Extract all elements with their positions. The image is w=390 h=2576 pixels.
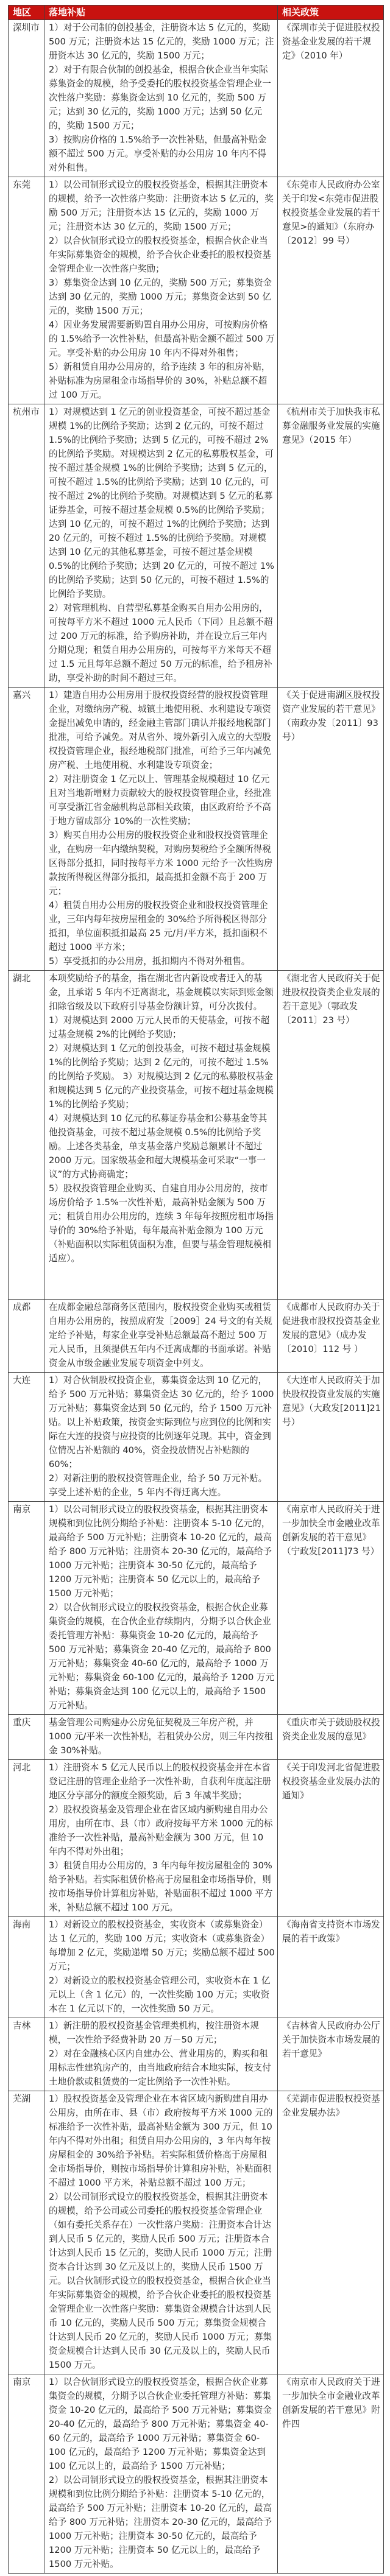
table-body: 深圳市 1）对于公司制的创投基金，注册资本达 5 亿元的，奖励 500 万元；注…	[9, 20, 384, 2574]
region-cell: 吉林	[9, 2018, 44, 2091]
region-cell: 芜湖	[9, 2091, 44, 2374]
region-cell: 河北	[9, 1760, 44, 1917]
region-cell: 东莞	[9, 177, 44, 404]
region-cell: 成都	[9, 1300, 44, 1373]
subsidy-cell: 1）对于公司制的创投基金，注册资本达 5 亿元的，奖励 500 万元；注册资本达…	[44, 20, 278, 177]
subsidy-cell: 基金管理公司购建办公房免征契税及三年房产税，并 1000 元/平米一次性补贴，若…	[44, 1715, 278, 1760]
table-row: 芜湖 1）股权投资基金及管理企业在本省区域内新购建自用办公用房，由所在市、县（市…	[9, 2091, 384, 2374]
policy-cell: 《南京市人民政府关于进一步加快全市金融业改革创新发展的若干意见》（宁政发[201…	[278, 1502, 384, 1715]
policy-cell: 《南京市人民政府关于进一步加快全市金融业改革创新发展的若干意见》附件四	[278, 2374, 384, 2574]
region-cell: 深圳市	[9, 20, 44, 177]
table-row: 重庆 基金管理公司购建办公房免征契税及三年房产税，并 1000 元/平米一次性补…	[9, 1715, 384, 1760]
table-row: 成都 在成都金融总部商务区范围内，股权投资企业购买或租赁自用办公用房的，按照成府…	[9, 1300, 384, 1373]
header-region: 地区	[9, 5, 44, 20]
table-row: 嘉兴 1）建造自用办公用房用于股权投资经营的股权投资管理企业，对缴纳房产税、城镇…	[9, 688, 384, 971]
subsidy-cell: 1）股权投资基金及管理企业在本省区域内新购建自用办公用房，由所在市、县（市）政府…	[44, 2091, 278, 2374]
policy-cell: 《湖北省人民政府关于促进股权投资类企业发展的若干意见》（鄂政发〔2011〕23 …	[278, 971, 384, 1300]
table-header-row: 地区 落地补贴 相关政策	[9, 5, 384, 20]
header-subsidy: 落地补贴	[44, 5, 278, 20]
subsidy-cell: 1）新注册的股权投资基金管理类机构，按注册资本规模，一次性给予经费补助 20 万…	[44, 2018, 278, 2091]
header-policy: 相关政策	[278, 5, 384, 20]
subsidy-cell: 1）以公司制形式设立的股权投资基金，根据其注册资本的规模，给予一次性落户奖励：注…	[44, 177, 278, 404]
table-row: 东莞 1）以公司制形式设立的股权投资基金，根据其注册资本的规模，给予一次性落户奖…	[9, 177, 384, 404]
policy-cell: 《重庆市关于鼓励股权投资类企业发展的意见》	[278, 1715, 384, 1760]
region-cell: 南京	[9, 1502, 44, 1715]
subsidy-cell: 1）以合伙制形式设立的股权投资基金，根据合伙企业募集资金的规模，分期予以合伙企业…	[44, 2374, 278, 2574]
table-row: 南京 1）以合伙制形式设立的股权投资基金，根据合伙企业募集资金的规模，分期予以合…	[9, 2374, 384, 2574]
table-row: 湖北 本项奖励给予的基金，指在湖北省内新设或者迁入的基金，且承诺 5 年内不迁离…	[9, 971, 384, 1300]
policy-cell: 《成都市人民政府办关于促进我市股权投资基金业发展的意见》（成办发〔2010〕11…	[278, 1300, 384, 1373]
subsidy-cell: 1）以公司制形式设立的股权投资基金，根据其注册资本规模和到位比例分期给予补贴：注…	[44, 1502, 278, 1715]
subsidy-cell: 1）对合伙制股权投资企业，募集资金达到 10 亿元的，给予 500 万元补贴；募…	[44, 1373, 278, 1502]
policy-cell: 《关于印发河北省促进股权投资基金业发展办法的通知》	[278, 1760, 384, 1917]
region-cell: 嘉兴	[9, 688, 44, 971]
subsidy-cell: 本项奖励给予的基金，指在湖北省内新设或者迁入的基金，且承诺 5 年内不迁离湖北，…	[44, 971, 278, 1300]
regional-subsidy-policy-page: 地区 落地补贴 相关政策 深圳市 1）对于公司制的创投基金，注册资本达 5 亿元…	[0, 0, 390, 2576]
subsidy-cell: 1）对规模达到 1 亿元的创业投资基金，可按不超过基金规模 1%的比例给予奖励；…	[44, 404, 278, 688]
policy-cell: 《东莞市人民政府办公室关于印发<东莞市促进股权投资基金业发展的若干意见>的通知》…	[278, 177, 384, 404]
region-cell: 海南	[9, 1917, 44, 2018]
policy-cell: 《海南省支持资本市场发展的若干政策》	[278, 1917, 384, 2018]
region-cell: 大连	[9, 1373, 44, 1502]
region-cell: 杭州市	[9, 404, 44, 688]
table-row: 南京 1）以公司制形式设立的股权投资基金，根据其注册资本规模和到位比例分期给予补…	[9, 1502, 384, 1715]
region-cell: 南京	[9, 2374, 44, 2574]
policy-cell: 《杭州市关于加快我市私募金融服务业发展的实施意见》（2015 年）	[278, 404, 384, 688]
region-cell: 湖北	[9, 971, 44, 1300]
table-row: 海南 1）对新设立的股权投资基金，实收资本（或募集资金）达 1 亿元的，奖励 1…	[9, 1917, 384, 2018]
policy-cell: 《深圳市关于促进股权投资基金业发展的若干规定》（2010 年）	[278, 20, 384, 177]
policy-cell: 《大连市人民政府关于加快股权投资业发展的实施意见》（大政发[2011]21 号）	[278, 1373, 384, 1502]
table-row: 深圳市 1）对于公司制的创投基金，注册资本达 5 亿元的，奖励 500 万元；注…	[9, 20, 384, 177]
subsidy-cell: 1）对新设立的股权投资基金，实收资本（或募集资金）达 1 亿元的，奖励 100 …	[44, 1917, 278, 2018]
subsidy-cell: 1）注册资本 5 亿元人民币以上的股权投资基金并在本省登记注册的管理企业给予一次…	[44, 1760, 278, 1917]
subsidy-cell: 在成都金融总部商务区范围内，股权投资企业购买或租赁自用办公用房的，按照成府发［2…	[44, 1300, 278, 1373]
policy-cell: 《芜湖市促进股权投资基金业发展办法》	[278, 2091, 384, 2374]
table-row: 河北 1）注册资本 5 亿元人民币以上的股权投资基金并在本省登记注册的管理企业给…	[9, 1760, 384, 1917]
subsidy-policy-table: 地区 落地补贴 相关政策 深圳市 1）对于公司制的创投基金，注册资本达 5 亿元…	[8, 5, 384, 2574]
table-row: 吉林 1）新注册的股权投资基金管理类机构，按注册资本规模，一次性给予经费补助 2…	[9, 2018, 384, 2091]
policy-cell: 《吉林省人民政府办公厅关于加快资本市场发展的若干意见》	[278, 2018, 384, 2091]
table-row: 杭州市 1）对规模达到 1 亿元的创业投资基金，可按不超过基金规模 1%的比例给…	[9, 404, 384, 688]
policy-cell: 《关于促进南湖区股权投资产业发展的若干意见》（南政办发〔2011〕93 号）	[278, 688, 384, 971]
region-cell: 重庆	[9, 1715, 44, 1760]
table-row: 大连 1）对合伙制股权投资企业，募集资金达到 10 亿元的，给予 500 万元补…	[9, 1373, 384, 1502]
subsidy-cell: 1）建造自用办公用房用于股权投资经营的股权投资管理企业，对缴纳房产税、城镇土地使…	[44, 688, 278, 971]
